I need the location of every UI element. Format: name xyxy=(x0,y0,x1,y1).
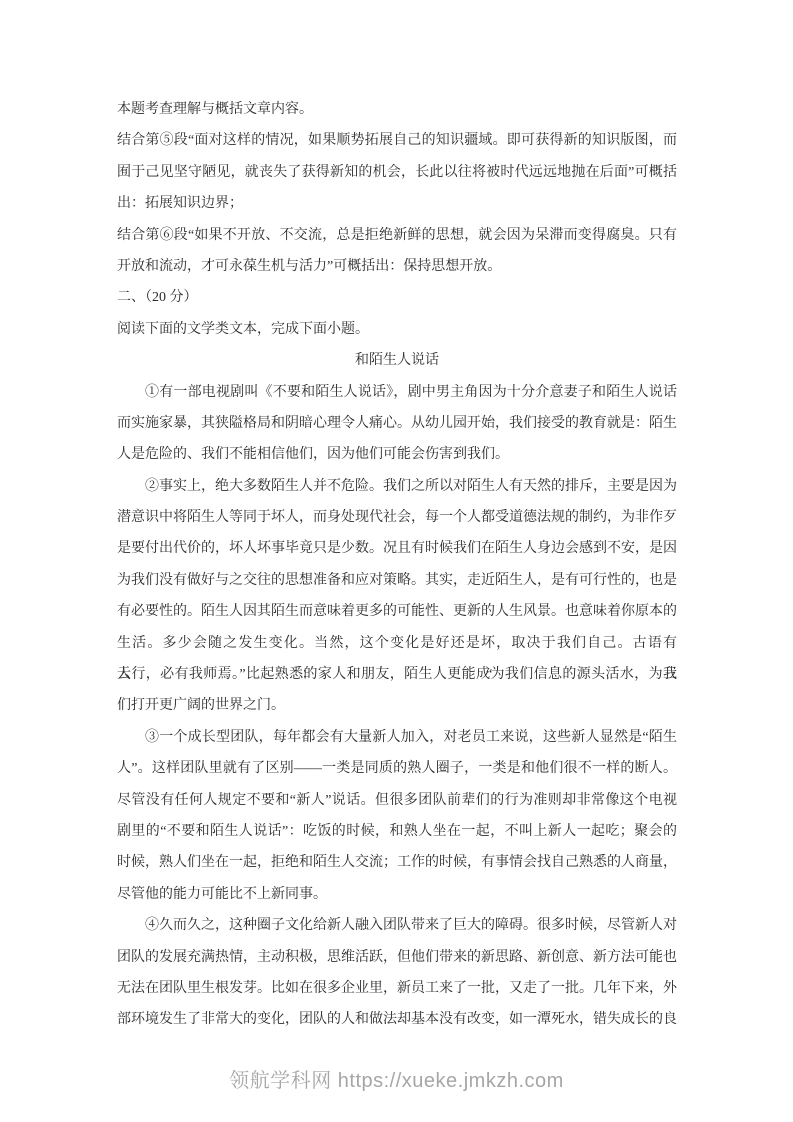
text-line: 二、（20 分） xyxy=(117,282,677,313)
text-line: 开放和流动，才可永葆生机与活力”可概括出：保持思想开放。 xyxy=(117,251,677,282)
text-line: ②事实上，绝大多数陌生人并不危险。我们之所以对陌生人有天然的排斥，主要是因为 xyxy=(117,471,677,502)
document-title-line: 和陌生人说话 xyxy=(117,345,677,376)
text-line: 部环境发生了非常大的变化，团队的人和做法却基本没有改变，如一潭死水，错失成长的良 xyxy=(117,1004,677,1035)
text-line: 为我们没有做好与之交往的思想准备和应对策略。其实，走近陌生人，是有可行性的，也是 xyxy=(117,565,677,596)
text-line: 潜意识中将陌生人等同于坏人，而身处现代社会，每一个人都受道德法规的制约，为非作歹 xyxy=(117,502,677,533)
text-line: 而实施家暴，其狭隘格局和阴暗心理令人痛心。从幼儿园开始，我们接受的教育就是：陌生 xyxy=(117,408,677,439)
text-line: ④久而久之，这种圈子文化给新人融入团队带来了巨大的障碍。很多时候，尽管新人对 xyxy=(117,910,677,941)
text-line: 阅读下面的文学类文本，完成下面小题。 xyxy=(117,314,677,345)
text-line: 人”。这样团队里就有了区别——一类是同质的熟人圈子，一类是和他们很不一样的断人。 xyxy=(117,753,677,784)
text-line: 结合第⑥段“如果不开放、不交流，总是拒绝新鲜的思想，就会因为呆滞而变得腐臭。只有 xyxy=(117,220,677,251)
text-line: 人是危险的、我们不能相信他们，因为他们可能会伤害到我们。 xyxy=(117,439,677,470)
text-line: 有必要性的。陌生人因其陌生而意味着更多的可能性、更新的人生风景。也意味着你原本的 xyxy=(117,596,677,627)
text-line: 无法在团队里生根发芽。比如在很多企业里，新员工来了一批，又走了一批。几年下来，外 xyxy=(117,973,677,1004)
document-body: 本题考查理解与概括文章内容。结合第⑤段“面对这样的情况，如果顺势拓展自己的知识疆… xyxy=(117,94,677,1036)
document-page: 本题考查理解与概括文章内容。结合第⑤段“面对这样的情况，如果顺势拓展自己的知识疆… xyxy=(0,0,793,1122)
text-line: 生活。多少会随之发生变化。当然，这个变化是好还是坏，取决于我们自己。古语有云：“… xyxy=(117,628,677,659)
text-line: 剧里的“不要和陌生人说话”：吃饭的时候，和熟人坐在一起，不叫上新人一起吃；聚会的 xyxy=(117,816,677,847)
text-line: 人行，必有我师焉。”比起熟悉的家人和朋友，陌生人更能成为我们信息的源头活水，为我 xyxy=(117,659,677,690)
text-line: 出：拓展知识边界； xyxy=(117,188,677,219)
text-line: 时候，熟人们坐在一起，拒绝和陌生人交流；工作的时候，有事情会找自己熟悉的人商量， xyxy=(117,847,677,878)
text-line: 尽管没有任何人规定不要和“新人”说话。但很多团队前辈们的行为准则却非常像这个电视 xyxy=(117,785,677,816)
text-line: 尽管他的能力可能比不上新同事。 xyxy=(117,879,677,910)
text-line: 是要付出代价的，坏人坏事毕竟只是少数。况且有时候我们在陌生人身边会感到不安，是因 xyxy=(117,533,677,564)
text-line: 团队的发展充满热情，主动积极，思维活跃，但他们带来的新思路、新创意、新方法可能也 xyxy=(117,942,677,973)
text-line: ①有一部电视剧叫《不要和陌生人说话》，剧中男主角因为十分介意妻子和陌生人说话 xyxy=(117,377,677,408)
watermark: 领航学科网 https://xueke.jmkzh.com xyxy=(0,1064,793,1094)
watermark-text: 领航学科网 https://xueke.jmkzh.com xyxy=(229,1070,564,1092)
text-line: 结合第⑤段“面对这样的情况，如果顺势拓展自己的知识疆域。即可获得新的知识版图，而 xyxy=(117,125,677,156)
text-line: ③一个成长型团队，每年都会有大量新人加入，对老员工来说，这些新人显然是“陌生 xyxy=(117,722,677,753)
text-line: 们打开更广阔的世界之门。 xyxy=(117,690,677,721)
text-line: 本题考查理解与概括文章内容。 xyxy=(117,94,677,125)
text-line: 囿于己见坚守陋见，就丧失了获得新知的机会，长此以往将被时代远远地抛在后面”可概括 xyxy=(117,157,677,188)
